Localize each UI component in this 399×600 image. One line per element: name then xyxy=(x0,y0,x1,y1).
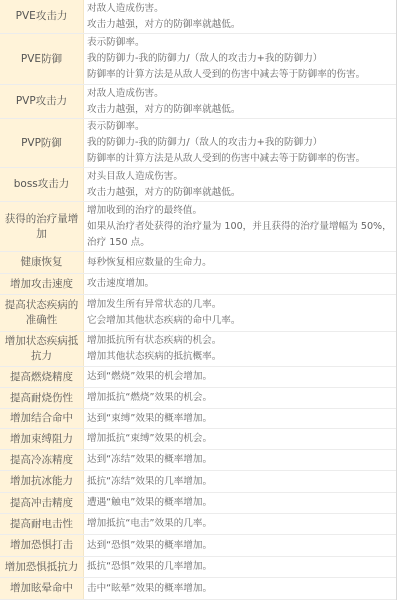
description-line: 增加抵抗“电击”效果的几率。 xyxy=(87,516,393,532)
stat-description: 增加发生所有异常状态的几率。它会增加其他状态疾病的命中几率。 xyxy=(84,295,396,331)
stat-name: 增加抗冰能力 xyxy=(0,471,84,492)
table-row: 增加状态疾病抵抗力增加抵抗所有状态疾病的机会。增加其他状态疾病的抵抗概率。 xyxy=(0,332,396,367)
description-line: 攻击速度增加。 xyxy=(87,276,393,292)
table-row: 提高状态疾病的准确性增加发生所有异常状态的几率。它会增加其他状态疾病的命中几率。 xyxy=(0,295,396,332)
table-row: 增加束缚阻力增加抵抗“束缚”效果的机会。 xyxy=(0,429,396,450)
table-row: 增加恐惧打击达到“恐惧”效果的概率增加。 xyxy=(0,535,396,557)
table-row: 提高耐电击性增加抵抗“电击”效果的几率。 xyxy=(0,514,396,535)
stat-description: 增加抵抗“电击”效果的几率。 xyxy=(84,514,396,534)
description-line: 攻击力越强，对方的防御率就越低。 xyxy=(87,185,393,201)
stats-table: PVE攻击力对敌人造成伤害。攻击力越强，对方的防御率就越低。PVE防御表示防御率… xyxy=(0,0,397,600)
stat-name: 增加攻击速度 xyxy=(0,274,84,294)
description-line: 表示防御率。 xyxy=(87,35,393,51)
description-line: 击中“眩晕”效果的概率增加。 xyxy=(87,581,393,597)
table-row: 健康恢复每秒恢复相应数量的生命力。 xyxy=(0,252,396,274)
stat-description: 达到“恐惧”效果的概率增加。 xyxy=(84,535,396,556)
table-row: 增加恐惧抵抗力抵抗“恐惧”效果的几率增加。 xyxy=(0,557,396,578)
description-line: 攻击力越强，对方的防御率就越低。 xyxy=(87,17,393,33)
stat-name: PVP防御 xyxy=(0,119,84,167)
description-line: 达到“冻结”效果的概率增加。 xyxy=(87,452,393,468)
description-line: 抵抗“恐惧”效果的几率增加。 xyxy=(87,559,393,575)
stat-name: 增加恐惧打击 xyxy=(0,535,84,556)
description-line: 如果从治疗者处获得的治疗量为 100，并且获得的治疗量增幅为 50%， xyxy=(87,219,393,235)
description-line: 对敌人造成伤害。 xyxy=(87,86,393,102)
table-row: 增加攻击速度攻击速度增加。 xyxy=(0,274,396,295)
stat-description: 对头目敌人造成伤害。攻击力越强，对方的防御率就越低。 xyxy=(84,168,396,201)
stat-description: 抵抗“冻结”效果的几率增加。 xyxy=(84,471,396,492)
stat-name: PVP攻击力 xyxy=(0,85,84,118)
table-row: 增加抗冰能力抵抗“冻结”效果的几率增加。 xyxy=(0,471,396,493)
description-line: 增加其他状态疾病的抵抗概率。 xyxy=(87,349,393,365)
stat-description: 增加抵抗所有状态疾病的机会。增加其他状态疾病的抵抗概率。 xyxy=(84,332,396,366)
stat-name: 获得的治疗量增加 xyxy=(0,202,84,251)
stat-description: 达到“燃烧”效果的机会增加。 xyxy=(84,367,396,387)
description-line: 达到“恐惧”效果的概率增加。 xyxy=(87,538,393,554)
stat-name: 提高状态疾病的准确性 xyxy=(0,295,84,331)
stat-name: 增加束缚阻力 xyxy=(0,429,84,449)
description-line: 防御率的计算方法是从敌人受到的伤害中减去等于防御率的伤害。 xyxy=(87,151,393,167)
description-line: 我的防御力-我的防御力/（敌人的攻击力+我的防御力） xyxy=(87,51,393,67)
description-line: 它会增加其他状态疾病的命中几率。 xyxy=(87,313,393,329)
stat-name: 提高耐烧伤性 xyxy=(0,388,84,408)
table-row: 增加结合命中达到“束缚”效果的概率增加。 xyxy=(0,409,396,429)
table-row: 提高耐烧伤性增加抵抗“燃烧”效果的机会。 xyxy=(0,388,396,409)
stat-name: 增加恐惧抵抗力 xyxy=(0,557,84,577)
stat-name: 增加结合命中 xyxy=(0,409,84,428)
description-line: 对头目敌人造成伤害。 xyxy=(87,169,393,185)
table-row: 提高冲击精度遭遇“触电”效果的概率增加。 xyxy=(0,493,396,514)
stat-name: PVE攻击力 xyxy=(0,0,84,33)
table-row: boss攻击力对头目敌人造成伤害。攻击力越强，对方的防御率就越低。 xyxy=(0,168,396,202)
stat-description: 抵抗“恐惧”效果的几率增加。 xyxy=(84,557,396,577)
description-line: 治疗 150 点。 xyxy=(87,235,393,251)
stat-description: 对敌人造成伤害。攻击力越强，对方的防御率就越低。 xyxy=(84,85,396,118)
stat-description: 表示防御率。我的防御力-我的防御力/（敌人的攻击力+我的防御力）防御率的计算方法… xyxy=(84,34,396,84)
description-line: 防御率的计算方法是从敌人受到的伤害中减去等于防御率的伤害。 xyxy=(87,67,393,83)
stat-name: 提高冷冻精度 xyxy=(0,450,84,470)
stat-name: 增加状态疾病抵抗力 xyxy=(0,332,84,366)
table-row: 增加眩晕命中击中“眩晕”效果的概率增加。 xyxy=(0,578,396,600)
stat-description: 表示防御率。我的防御力-我的防御力/（敌人的攻击力+我的防御力）防御率的计算方法… xyxy=(84,119,396,167)
description-line: 表示防御率。 xyxy=(87,119,393,135)
table-row: 提高冷冻精度达到“冻结”效果的概率增加。 xyxy=(0,450,396,471)
description-line: 抵抗“冻结”效果的几率增加。 xyxy=(87,474,393,490)
description-line: 攻击力越强，对方的防御率就越低。 xyxy=(87,102,393,118)
description-line: 遭遇“触电”效果的概率增加。 xyxy=(87,495,393,511)
stat-description: 每秒恢复相应数量的生命力。 xyxy=(84,252,396,273)
stat-description: 攻击速度增加。 xyxy=(84,274,396,294)
stat-description: 达到“冻结”效果的概率增加。 xyxy=(84,450,396,470)
description-line: 增加抵抗“束缚”效果的机会。 xyxy=(87,431,393,447)
description-line: 增加抵抗“燃烧”效果的机会。 xyxy=(87,390,393,406)
stat-description: 增加收到的治疗的最终值。如果从治疗者处获得的治疗量为 100，并且获得的治疗量增… xyxy=(84,202,396,251)
table-row: PVE防御表示防御率。我的防御力-我的防御力/（敌人的攻击力+我的防御力）防御率… xyxy=(0,34,396,85)
stat-description: 对敌人造成伤害。攻击力越强，对方的防御率就越低。 xyxy=(84,0,396,33)
table-row: PVP防御表示防御率。我的防御力-我的防御力/（敌人的攻击力+我的防御力）防御率… xyxy=(0,119,396,168)
description-line: 每秒恢复相应数量的生命力。 xyxy=(87,255,393,271)
description-line: 增加收到的治疗的最终值。 xyxy=(87,203,393,219)
description-line: 达到“束缚”效果的概率增加。 xyxy=(87,411,393,427)
table-row: 获得的治疗量增加增加收到的治疗的最终值。如果从治疗者处获得的治疗量为 100，并… xyxy=(0,202,396,252)
stat-description: 遭遇“触电”效果的概率增加。 xyxy=(84,493,396,513)
stat-name: 增加眩晕命中 xyxy=(0,578,84,599)
stat-description: 增加抵抗“燃烧”效果的机会。 xyxy=(84,388,396,408)
description-line: 增加抵抗所有状态疾病的机会。 xyxy=(87,333,393,349)
stat-name: 提高耐电击性 xyxy=(0,514,84,534)
stat-name: 健康恢复 xyxy=(0,252,84,273)
stat-description: 达到“束缚”效果的概率增加。 xyxy=(84,409,396,428)
description-line: 达到“燃烧”效果的机会增加。 xyxy=(87,369,393,385)
description-line: 增加发生所有异常状态的几率。 xyxy=(87,297,393,313)
stat-name: 提高燃烧精度 xyxy=(0,367,84,387)
table-row: 提高燃烧精度达到“燃烧”效果的机会增加。 xyxy=(0,367,396,388)
description-line: 对敌人造成伤害。 xyxy=(87,1,393,17)
table-row: PVP攻击力对敌人造成伤害。攻击力越强，对方的防御率就越低。 xyxy=(0,85,396,119)
stat-description: 击中“眩晕”效果的概率增加。 xyxy=(84,578,396,599)
stat-description: 增加抵抗“束缚”效果的机会。 xyxy=(84,429,396,449)
stat-name: 提高冲击精度 xyxy=(0,493,84,513)
stat-name: boss攻击力 xyxy=(0,168,84,201)
description-line: 我的防御力-我的防御力/（敌人的攻击力+我的防御力） xyxy=(87,135,393,151)
table-row: PVE攻击力对敌人造成伤害。攻击力越强，对方的防御率就越低。 xyxy=(0,0,396,34)
stat-name: PVE防御 xyxy=(0,34,84,84)
